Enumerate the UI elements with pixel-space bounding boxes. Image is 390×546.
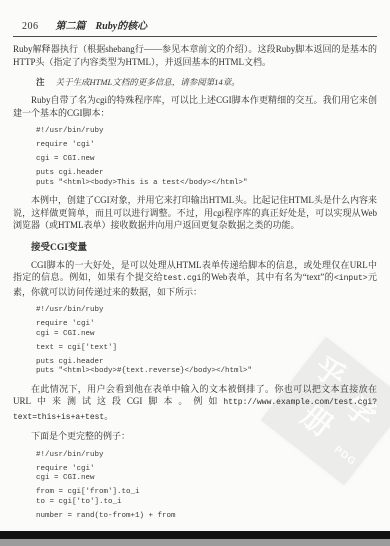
paragraph-explain-header: 本例中，创建了CGI对象，并用它来打印输出HTML头。比起记住HTML头是什么内… (13, 194, 377, 232)
paragraph-cgi-variables: CGI脚本的一大好处，是可以处理从HTML表单传递给脚本的信息，或处理仅在URL… (13, 259, 377, 299)
paragraph-cgi-library: Ruby自带了名为cgi的特殊程序库，可以比上述CGI脚本作更精细的交互。我们用… (13, 94, 377, 119)
page-header: 206 第二篇 Ruby的核心 (13, 17, 377, 37)
paragraph-url-test: 在此情况下，用户会看到他在表单中输入的文本被倒排了。你也可以把文本直接放在URL… (13, 383, 377, 425)
code-line-group: cgi = CGI.new (36, 155, 377, 165)
note-text: 关于生成HTML文档的更多信息，请参阅第14章。 (56, 77, 240, 87)
p4-text-2: 的Web表单，其中有名为“text”的 (201, 272, 334, 282)
code-line-group: #!/usr/bin/ruby (36, 127, 377, 137)
p4-inline-code-testcgi: test.cgi (163, 274, 201, 283)
code-block-basic-cgi: #!/usr/bin/rubyrequire 'cgi'cgi = CGI.ne… (13, 127, 377, 188)
section-heading: 接受CGI变量 (13, 239, 377, 253)
code-block-random-number: #!/usr/bin/rubyrequire 'cgi' cgi = CGI.n… (13, 451, 377, 522)
paragraph-complete-example: 下面是个更完整的例子： (13, 430, 377, 443)
scan-edge-gray-strip (0, 539, 390, 546)
note-label: 注 (36, 77, 45, 87)
paragraph-intro: Ruby解释器执行（根据shebang行——参见本章前文的介绍）。这段Ruby脚… (13, 43, 377, 68)
code-line-group: from = cgi['from'].to_i to = cgi['to'].t… (36, 488, 377, 507)
page-content: 206 第二篇 Ruby的核心 Ruby解释器执行（根据shebang行——参见… (0, 0, 390, 521)
code-line-group: number = rand(to-from+1) + from (36, 512, 377, 522)
code-line-group: puts cgi.header puts "<html><body>This i… (36, 169, 377, 188)
code-line-group: require 'cgi' (36, 141, 377, 151)
page-number: 206 (22, 21, 39, 32)
code-line-group: require 'cgi' cgi = CGI.new (36, 320, 377, 339)
p5-text-2: 。 (104, 411, 113, 421)
scan-edge-black-bar (0, 531, 390, 539)
code-block-text-reverse: #!/usr/bin/rubyrequire 'cgi' cgi = CGI.n… (13, 306, 377, 377)
code-line-group: #!/usr/bin/ruby (36, 306, 377, 316)
note-line: 注关于生成HTML文档的更多信息，请参阅第14章。 (13, 76, 377, 88)
chapter-title: 第二篇 Ruby的核心 (56, 17, 148, 32)
p4-inline-code-input: <input> (334, 274, 368, 283)
code-line-group: puts cgi.header puts "<html><body>#{text… (36, 358, 377, 377)
book-page: 乎 学 册 PDG 206 第二篇 Ruby的核心 Ruby解释器执行（根据sh… (0, 0, 390, 546)
code-line-group: text = cgi['text'] (36, 344, 377, 354)
code-line-group: #!/usr/bin/ruby (36, 451, 377, 461)
code-line-group: require 'cgi' cgi = CGI.new (36, 465, 377, 484)
